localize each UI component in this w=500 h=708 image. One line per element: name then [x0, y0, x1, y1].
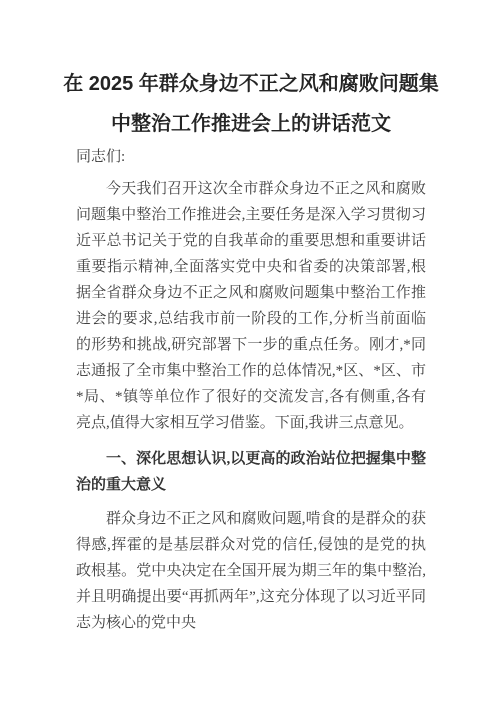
section-1-paragraph: 群众身边不正之风和腐败问题,啃食的是群众的获得感,挥霍的是基层群众对党的信任,侵…: [76, 506, 426, 636]
salutation: 同志们:: [76, 144, 426, 170]
document-title: 在 2025 年群众身边不正之风和腐败问题集中整治工作推进会上的讲话范文: [58, 64, 444, 144]
section-1-heading: 一、深化思想认识,以更高的政治站位把握集中整治的重大意义: [76, 446, 426, 498]
document-page: 在 2025 年群众身边不正之风和腐败问题集中整治工作推进会上的讲话范文 同志们…: [0, 0, 500, 708]
intro-paragraph: 今天我们召开这次全市群众身边不正之风和腐败问题集中整治工作推进会,主要任务是深入…: [76, 176, 426, 436]
